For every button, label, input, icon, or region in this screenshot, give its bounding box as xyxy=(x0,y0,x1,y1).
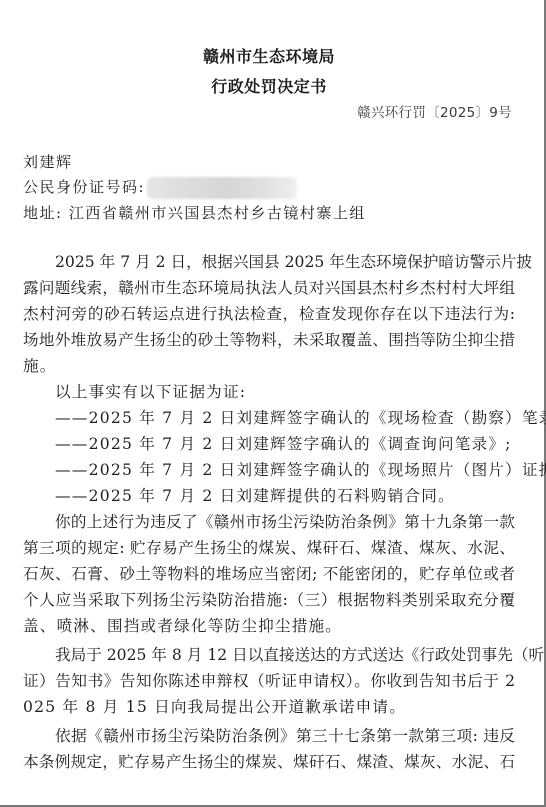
document-number: 赣兴环行罚〔2025〕9号 xyxy=(357,101,512,121)
redacted-id-number xyxy=(147,177,297,199)
paragraph-basis-line: 依据《赣州市扬尘污染防治条例》第三十七条第一款第三项: 违反 xyxy=(55,723,515,749)
paragraph-facts-line: 2025 年 7 月 2 日，根据兴国县 2025 年生态环境保护暗访警示片披 xyxy=(55,249,515,275)
party-name: 刘建辉 xyxy=(23,151,73,172)
evidence-intro: 以上事实有以下证据为证: xyxy=(55,379,515,405)
evidence-item: ——2025 年 7 月 2 日刘建辉签字确认的《现场检查（勘察）笔录》; xyxy=(55,405,515,431)
paragraph-violation-line: 石灰、石膏、砂土等物料的堆场应当密闭; 不能密闭的，贮存单位或者 xyxy=(23,561,515,587)
party-address: 地址: 江西省赣州市兴国县杰村乡古镜村寨上组 xyxy=(23,202,366,223)
evidence-item: ——2025 年 7 月 2 日刘建辉签字确认的《调查询问笔录》; xyxy=(55,431,515,457)
paragraph-facts-line: 施。 xyxy=(23,353,515,379)
paragraph-violation-line: 第三项的规定: 贮存易产生扬尘的煤炭、煤矸石、煤渣、煤灰、水泥、 xyxy=(23,535,515,561)
paragraph-notice-line: 我局于 2025 年 8 月 12 日以直接送达的方式送达《行政处罚事先（听 xyxy=(55,642,515,668)
paragraph-facts-line: 露问题线索，赣州市生态环境局执法人员对兴国县杰村乡杰村村大坪组 xyxy=(23,275,515,301)
document-type-title: 行政处罚决定书 xyxy=(0,74,538,97)
paragraph-notice-line: 025 年 8 月 15 日向我局提出公开道歉承诺申请。 xyxy=(23,694,515,720)
party-id-row: 公民身份证号码: xyxy=(23,176,297,199)
evidence-item: ——2025 年 7 月 2 日刘建辉提供的石料购销合同。 xyxy=(55,483,515,509)
document-page: 赣州市生态环境局 行政处罚决定书 赣兴环行罚〔2025〕9号 刘建辉 公民身份证… xyxy=(0,0,546,807)
paragraph-violation-line: 盖、喷淋、围挡或者绿化等防尘抑尘措施。 xyxy=(23,613,515,639)
paragraph-facts-line: 杰村河旁的砂石转运点进行执法检查，检查发现你存在以下违法行为: xyxy=(23,301,515,327)
evidence-item: ——2025 年 7 月 2 日刘建辉签字确认的《现场照片（图片）证据》; xyxy=(55,457,515,483)
agency-title: 赣州市生态环境局 xyxy=(0,44,538,67)
paragraph-basis-line: 本条例规定，贮存易产生扬尘的煤炭、煤矸石、煤渣、煤灰、水泥、石 xyxy=(23,749,515,775)
party-id-label: 公民身份证号码: xyxy=(23,178,145,196)
paragraph-facts-line: 场地外堆放易产生扬尘的砂土等物料，未采取覆盖、围挡等防尘抑尘措 xyxy=(23,327,515,353)
paragraph-violation-line: 你的上述行为违反了《赣州市扬尘污染防治条例》第十九条第一款 xyxy=(55,509,515,535)
paragraph-notice-line: 证）告知书》告知你陈述申辩权（听证申请权）。你收到告知书后于 2 xyxy=(23,668,515,694)
paragraph-violation-line: 个人应当采取下列扬尘污染防治措施:（三）根据物料类别采取充分覆 xyxy=(23,587,515,613)
